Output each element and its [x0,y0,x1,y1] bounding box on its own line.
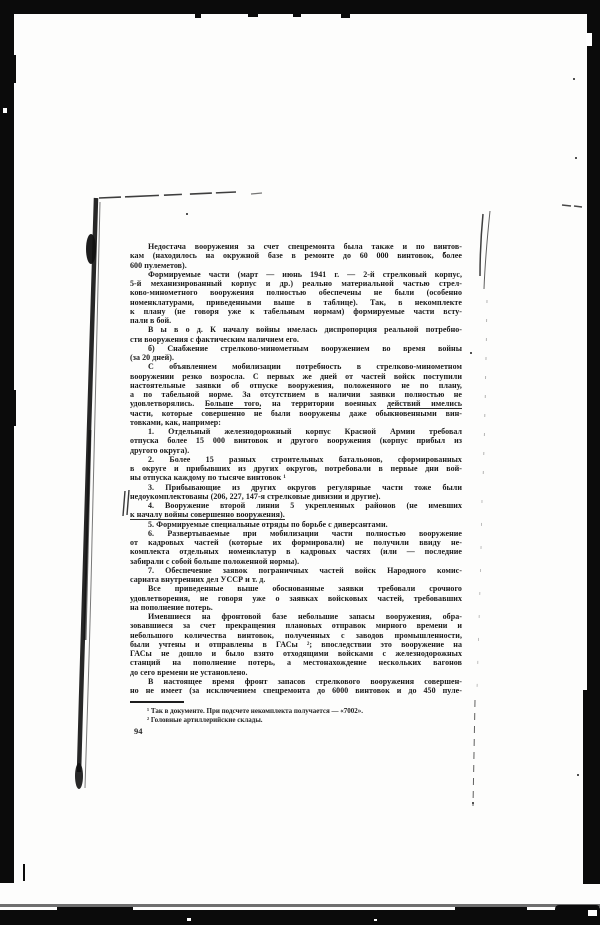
text-line: другого округа). [130,446,462,455]
body-text: Недостача вооружения за счет спецремонта… [130,242,462,695]
footnote-2: ² Головные артиллерийские склады. [130,716,470,725]
text-line: 5-й механизированный корпус и др.) реаль… [130,279,462,288]
text-line: небольшого количества винтовок, полученн… [130,631,462,640]
scan-artifact [586,33,592,46]
text-line: 4. Вооружение второй линии 5 укрепленных… [130,501,462,510]
text-line: 5. Формируемые специальные отряды по бор… [130,520,462,529]
text-line: Недостача вооружения за счет спецремонта… [130,242,462,251]
text-line: ково-минометного вооружения полностью об… [130,288,462,297]
text-line: были учтены и отправлены в ГАСы ²; впосл… [130,640,462,649]
text-line: 1. Отдельный железнодорожный корпус Крас… [130,427,462,436]
text-line: недоукомплектованы (206, 227, 147-я стре… [130,492,462,501]
scan-artifact [3,108,7,113]
text-line: Все приведенные выше обоснованные заявки… [130,584,462,593]
text-line: пали в бой. [130,316,462,325]
scan-artifact [14,390,16,426]
footnote-1: ¹ Так в документе. При подсчете некомпле… [130,707,470,716]
text-line: удовлетворялись. Больше того, на террито… [130,399,462,408]
scan-artifact [374,919,377,921]
scan-artifact [195,14,201,18]
text-line: удовлетворения, не говоря уже о заявках … [130,594,462,603]
text-line: кам (находилось на окружной базе в ремон… [130,251,462,260]
text-line: 600 пулеметов). [130,261,462,270]
scan-artifact [248,14,258,17]
scan-artifact [455,907,527,910]
text-line: а по табельной норме. За отсутствием в н… [130,390,462,399]
text-line: отпуска более 15 000 винтовок и другого … [130,436,462,445]
text-line: части, которые совершенно не были вооруж… [130,409,462,418]
text-line: В настоящее время фронт запасов стрелков… [130,677,462,686]
text-line: номенклатурами, приведенными выше в табл… [130,298,462,307]
text-line: В ы в о д. К началу войны имелась диспро… [130,325,462,334]
text-line: до сего времени не установлено. [130,668,462,677]
text-line: 7. Обеспечение заявок пограничных частей… [130,566,462,575]
scan-speck [472,802,474,804]
text-line: но не имеет (за исключением спецремонта … [130,686,462,695]
text-line: товками, как, например: [130,418,462,427]
footnote-rule [130,701,184,703]
text-line: ГАСы не дошло и было взято отходящими во… [130,649,462,658]
scan-speck [186,213,188,215]
scan-artifact [57,907,133,910]
scan-artifact [341,14,350,18]
text-line: С объявлением мобилизации потребность в … [130,362,462,371]
text-line: ны отпуска каждому по тысяче винтовок ¹ [130,473,462,482]
scan-artifact [23,864,25,881]
scan-artifact [14,55,16,83]
scan-artifact [187,918,191,921]
scan-artifact [588,910,597,916]
text-line: от кадровых частей (которые их формирова… [130,538,462,547]
text-line: в округе и прибывших из других округов, … [130,464,462,473]
scan-speck [575,157,577,159]
scan-speck [470,352,472,354]
page-number: 94 [134,726,143,736]
text-line: комплекта отдельных номенклатур в кадров… [130,547,462,556]
text-line: настоятельные заявки об отпуске вооружен… [130,381,462,390]
text-line: сти вооружения с фактическим наличием ег… [130,335,462,344]
text-line: сариата внутренних дел УССР и т. д. [130,575,462,584]
scan-artifact [583,690,600,884]
text-line: 2. Более 15 разных строительных батальон… [130,455,462,464]
scan-border-left [0,0,14,883]
text-line: забирали с собой больше положенной нормы… [130,557,462,566]
text-line: Имевшиеся на фронтовой базе небольшие за… [130,612,462,621]
text-line: Формируемые части (март — июнь 1941 г. —… [130,270,462,279]
text-line: станций на пополнение потерь, а местонах… [130,658,462,667]
scan-speck [573,78,575,80]
footnotes: ¹ Так в документе. При подсчете некомпле… [130,707,470,724]
text-line: к плану (не говоря уже к табельным норма… [130,307,462,316]
scanned-document-page: Недостача вооружения за счет спецремонта… [0,0,600,925]
margin-emphasis-mark [123,490,129,516]
text-line: 3. Прибывающие из других округов регуляр… [130,483,462,492]
scan-speck [577,774,579,776]
text-line: на пополнение потерь. [130,603,462,612]
scan-speck [443,252,445,254]
text-line: к началу войны совершенно вооружения). [130,510,462,519]
scan-artifact [293,14,301,17]
text-line: (за 20 дней). [130,353,462,362]
text-line: 6. Развертываемые при мобилизации части … [130,529,462,538]
text-line: б) Снабжение стрелково-минометным вооруж… [130,344,462,353]
scan-border-top [0,0,600,14]
scan-border-bottom [0,910,600,925]
text-line: зовавшиеся за счет прекращения плановых … [130,621,462,630]
text-line: вооружении резко возросла. С первых же д… [130,372,462,381]
